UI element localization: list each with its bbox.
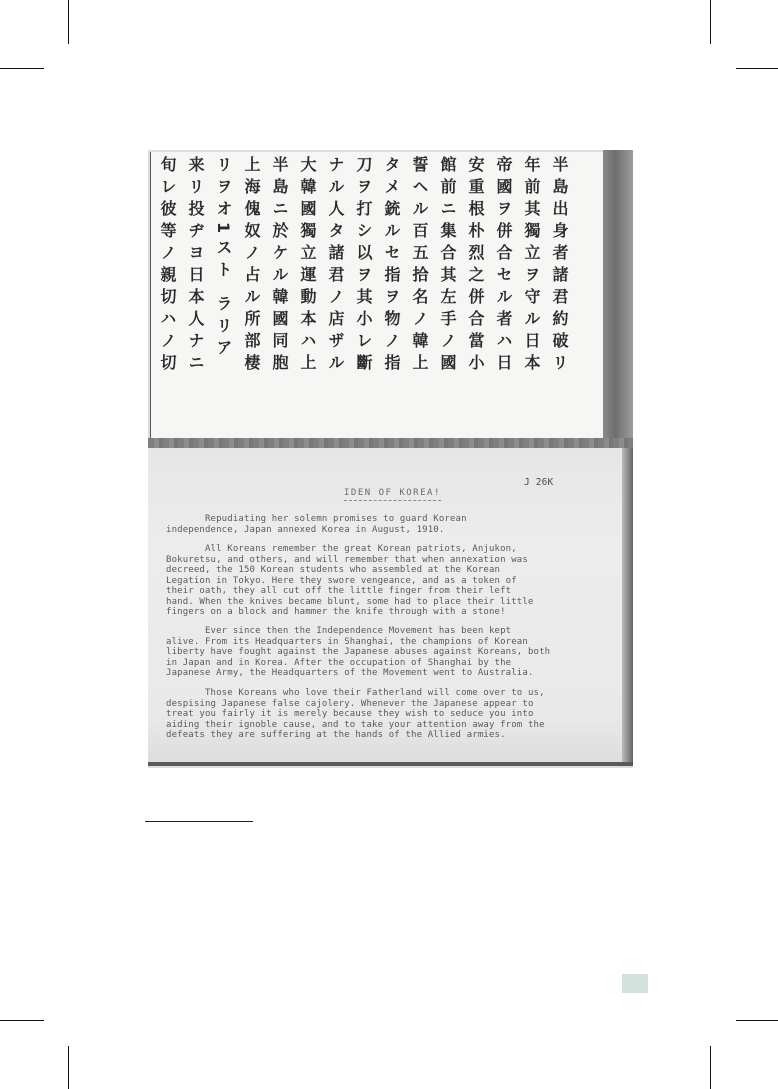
japanese-text-column: 来リ投ヂヨ日本人ナニ [181,156,209,441]
crop-mark-bottom-right-horizontal [736,1020,778,1021]
japanese-text-column: 刀ヲ打シ以ヲ其小レ斷 [349,156,377,441]
leaflet-paragraph: Those Koreans who love their Fatherland … [166,688,624,741]
japanese-text-column: 安重根朴烈之併合當小 [461,156,489,441]
japanese-text-column: 旬レ彼等ノ親切ハノ切 [153,156,181,441]
leaflet-paragraph: Ever since then the Independence Movemen… [166,626,624,679]
japanese-text-column: 大韓國獨立運動本ハ上 [293,156,321,441]
leaflet-paragraph: Repudiating her solemn promises to guard… [166,514,624,535]
page-number-box [622,974,648,993]
japanese-text-column: 館前ニ集合其左手ノ國 [433,156,461,441]
japanese-text-column: 半島ニ於ケル韓國同胞 [265,156,293,441]
crop-mark-top-left-vertical [68,0,69,44]
scan-shadow [603,150,633,446]
crop-mark-top-right-vertical [710,0,711,44]
leaflet-reference-code: J 26K [524,478,553,489]
footnote-separator [145,821,253,822]
japanese-text-column: 誓ヘル百五拾名ノ韓上 [405,156,433,441]
japanese-text-column: ナル人タ諸君ノ店ザル [321,156,349,441]
leaflet-japanese-side: 半島出身者諸君約破リ年前其獨立ヲ守ル日本帝國ヲ併合セル者ハ日安重根朴烈之併合當小… [150,152,603,442]
japanese-vertical-text: 半島出身者諸君約破リ年前其獨立ヲ守ル日本帝國ヲ併合セル者ハ日安重根朴烈之併合當小… [148,156,573,441]
scanned-leaflet-image: 半島出身者諸君約破リ年前其獨立ヲ守ル日本帝國ヲ併合セル者ハ日安重根朴烈之併合當小… [148,150,633,768]
leaflet-paragraph: All Koreans remember the great Korean pa… [166,544,624,618]
leaflet-heading: IDEN OF KOREA! [344,488,441,501]
crop-mark-top-left-horizontal [0,68,44,69]
japanese-text-column: 年前其獨立ヲ守ル日本 [517,156,545,441]
japanese-text-column: 半島出身者諸君約破リ [545,156,573,441]
english-typewritten-text: J 26K IDEN OF KOREA! Repudiating her sol… [148,448,626,764]
crop-mark-bottom-left-vertical [68,1046,69,1089]
japanese-text-column: 帝國ヲ併合セル者ハ日 [489,156,517,441]
japanese-text-column: リヲオ1スト ラリア [209,156,237,441]
crop-mark-top-right-horizontal [736,68,778,69]
crop-mark-bottom-left-horizontal [0,1020,44,1021]
japanese-text-column: タメ銃ルセ指ヲ物ノ指 [377,156,405,441]
japanese-text-column: 上海傀奴ノ占ル所部棲 [237,156,265,441]
crop-mark-bottom-right-vertical [710,1046,711,1089]
